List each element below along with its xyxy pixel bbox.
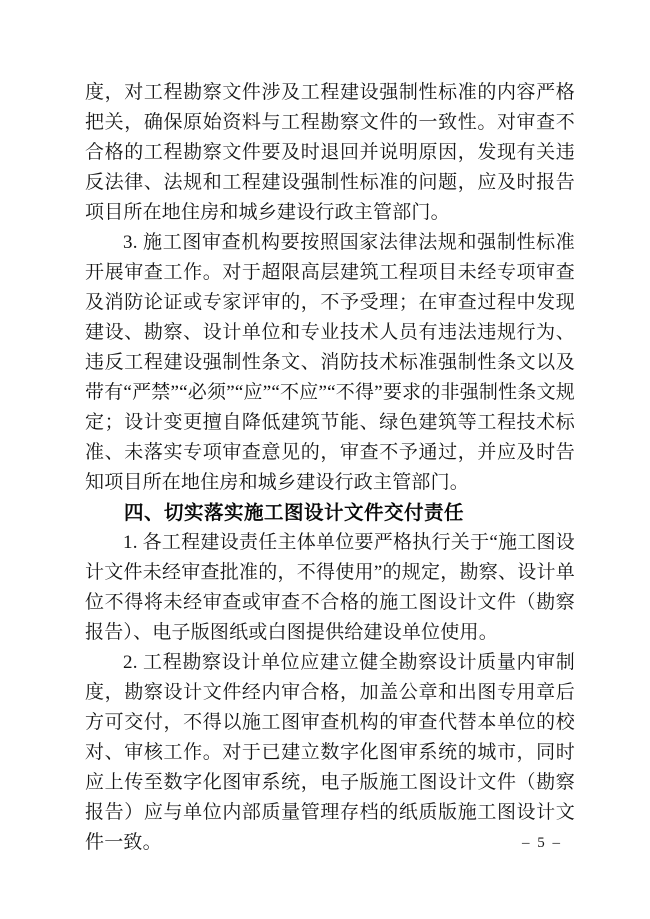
paragraph-continuation: 度，对工程勘察文件涉及工程建设强制性标准的内容严格把关，确保原始资料与工程勘察文… (85, 78, 575, 228)
document-body: 度，对工程勘察文件涉及工程建设强制性标准的内容严格把关，确保原始资料与工程勘察文… (85, 78, 575, 858)
paragraph-item-2: 2. 工程勘察设计单位应建立健全勘察设计质量内审制度，勘察设计文件经内审合格，加… (85, 648, 575, 858)
paragraph-item-1: 1. 各工程建设责任主体单位要严格执行关于“施工图设计文件未经审查批准的，不得使… (85, 528, 575, 648)
section-heading-4: 四、切实落实施工图设计文件交付责任 (85, 498, 575, 528)
page-number: – 5 – (522, 834, 562, 852)
paragraph-item-3: 3. 施工图审查机构要按照国家法律法规和强制性标准开展审查工作。对于超限高层建筑… (85, 228, 575, 498)
document-page: 度，对工程勘察文件涉及工程建设强制性标准的内容严格把关，确保原始资料与工程勘察文… (0, 0, 650, 919)
